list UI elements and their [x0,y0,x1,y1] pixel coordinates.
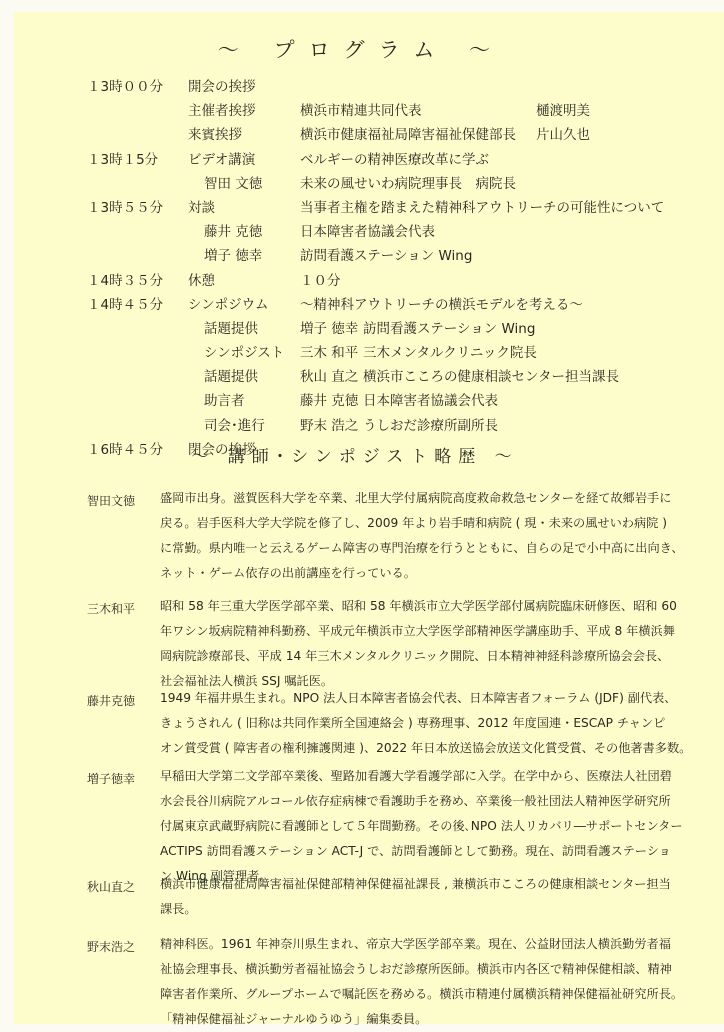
bio-text: 横浜市健康福祉局障害福祉保健部精神保健福祉課長 , 兼横浜市こころの健康相談セン… [160,872,700,922]
speaker-affiliation: 三木メンタルクリニック院長 [363,341,537,361]
document-page: 〜 プログラム 〜 １3時００分 開会の挨拶 主催者挨拶 横浜市精連共同代表 樋… [14,12,724,1024]
speaker-affiliation: 日本障害者協議会代表 [363,389,498,409]
bio-name: 三木和平 [87,600,135,617]
schedule-detail: 訪問看護ステーション Wing [300,244,472,264]
speaker-name: 智田 文徳 [204,172,262,192]
schedule-item: 休憩 [188,269,215,289]
schedule-time: １4時４５分 [87,293,163,313]
bios-heading: 〜 講師･シンポジスト略歴 〜 [0,442,710,467]
schedule-detail: 〜精神科アウトリーチの横浜モデルを考える〜 [300,293,583,313]
speaker-name: 野末 浩之 [300,414,358,434]
schedule-item: 主催者挨拶 [188,99,256,119]
schedule-item: ビデオ講演 [188,148,255,168]
panel-role: シンポジスト [204,341,284,361]
speaker-name: 増子 徳幸 [300,317,358,337]
schedule-time: １3時１5分 [87,148,158,168]
bio-name: 藤井克徳 [87,692,135,709]
bio-text: 昭和 58 年三重大学医学部卒業、昭和 58 年横浜市立大学医学部付属病院臨床研… [160,594,700,694]
schedule-person: 樋渡明美 [536,99,590,119]
schedule-detail: 日本障害者協議会代表 [300,220,435,240]
bio-text: 早稲田大学第二文学部卒業後、聖路加看護大学看護学部に入学。在学中から、医療法人社… [160,764,700,889]
schedule-time: １3時５５分 [87,196,163,216]
schedule-detail: ベルギーの精神医療改革に学ぶ [300,148,489,168]
speaker-affiliation: 横浜市こころの健康相談センター担当課長 [363,365,619,385]
bio-name: 智田文徳 [87,492,135,509]
speaker-name: 藤井 克徳 [204,220,262,240]
schedule-item: 来賓挨拶 [188,123,242,143]
speaker-name: 増子 徳幸 [204,244,262,264]
speaker-affiliation: うしおだ診療所副所長 [363,414,498,434]
bio-text: 精神科医。1961 年神奈川県生まれ、帝京大学医学部卒業。現在、公益財団法人横浜… [160,932,700,1024]
schedule-time: １3時００分 [87,75,163,95]
schedule-item: シンポジウム [188,293,269,313]
bio-name: 増子徳幸 [87,770,135,787]
panel-role: 司会･進行 [204,414,265,434]
panel-role: 話題提供 [204,317,258,337]
schedule-detail: 横浜市精連共同代表 [300,99,422,119]
schedule-detail: 当事者主権を踏まえた精神科アウトリーチの可能性について [300,196,664,216]
bio-name: 秋山直之 [87,878,135,895]
bio-name: 野末浩之 [87,938,135,955]
program-heading: 〜 プログラム 〜 [6,34,716,64]
panel-role: 助言者 [204,389,245,409]
panel-role: 話題提供 [204,365,258,385]
schedule-time: １4時３５分 [87,269,163,289]
speaker-name: 藤井 克徳 [300,389,358,409]
speaker-name: 三木 和平 [300,341,358,361]
schedule-detail: 横浜市健康福祉局障害福祉保健部長 [300,123,516,143]
speaker-name: 秋山 直之 [300,365,358,385]
schedule-item: 開会の挨拶 [188,75,256,95]
schedule-detail: １０分 [300,269,341,289]
bio-text: 盛岡市出身。滋賀医科大学を卒業、北里大学付属病院高度救命救急センターを経て故郷岩… [160,486,700,586]
schedule-person: 片山久也 [536,123,590,143]
schedule-detail: 未来の風せいわ病院理事長 病院長 [300,172,516,192]
speaker-affiliation: 訪問看護ステーション Wing [363,317,535,337]
schedule-item: 対談 [188,196,215,216]
bio-text: 1949 年福井県生まれ。NPO 法人日本障害者協会代表、日本障害者フォーラム … [160,686,700,761]
